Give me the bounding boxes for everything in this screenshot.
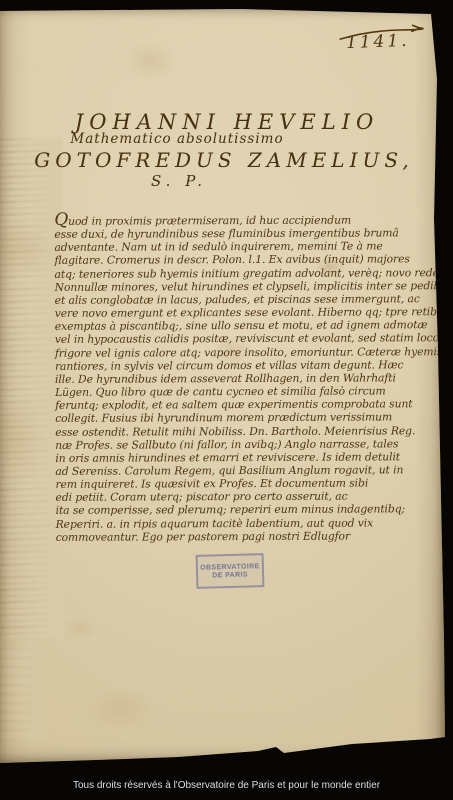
bleed-through-writing <box>0 139 62 639</box>
folio-number: 1141. <box>346 31 410 53</box>
manuscript-page: 1141. JOHANNI HEVELIO Mathematico absolu… <box>0 9 446 764</box>
body-line: ita se comperisse, sed plerumq; reperiri… <box>56 503 444 518</box>
body-line: collegit. Fusius ibi hyrundinum morem pr… <box>55 410 443 425</box>
body-line: esse ostendit. Retulit mihi Nobiliss. Dn… <box>55 424 443 439</box>
salutation: S. P. <box>0 172 402 190</box>
body-line: vel in hypocaustis calidis positæ, reviv… <box>55 332 443 347</box>
sender-name: GOTOFREDUS ZAMELIUS, <box>1 148 447 172</box>
archive-stamp: OBSERVATOIRE DE PARIS <box>196 553 265 589</box>
stamp-line-2: DE PARIS <box>212 571 248 579</box>
body-line: flagitare. Cromerus in descr. Polon. l.1… <box>54 253 442 268</box>
letter-body: Quod in proximis prætermiseram, id huc a… <box>54 212 443 544</box>
scan-root: 1141. JOHANNI HEVELIO Mathematico absolu… <box>0 0 453 800</box>
body-line: esse duxi, de hyrundinibus sese fluminib… <box>54 226 442 241</box>
stamp-line-1: OBSERVATOIRE <box>200 563 260 572</box>
body-line: frigore vel ignis calore atq; vapore ins… <box>55 345 443 360</box>
body-line: ad Sereniss. Carolum Regem, qui Basilium… <box>55 463 443 478</box>
body-line: commoveantur. Ego per pastorem pagi nost… <box>56 529 444 544</box>
letter-heading: JOHANNI HEVELIO Mathematico absolutissim… <box>0 110 446 190</box>
recipient-title: Mathematico absolutissimo <box>0 131 400 147</box>
copyright-notice: Tous droits réservés à l'Observatoire de… <box>0 780 453 791</box>
bleed-through-writing <box>0 649 46 739</box>
